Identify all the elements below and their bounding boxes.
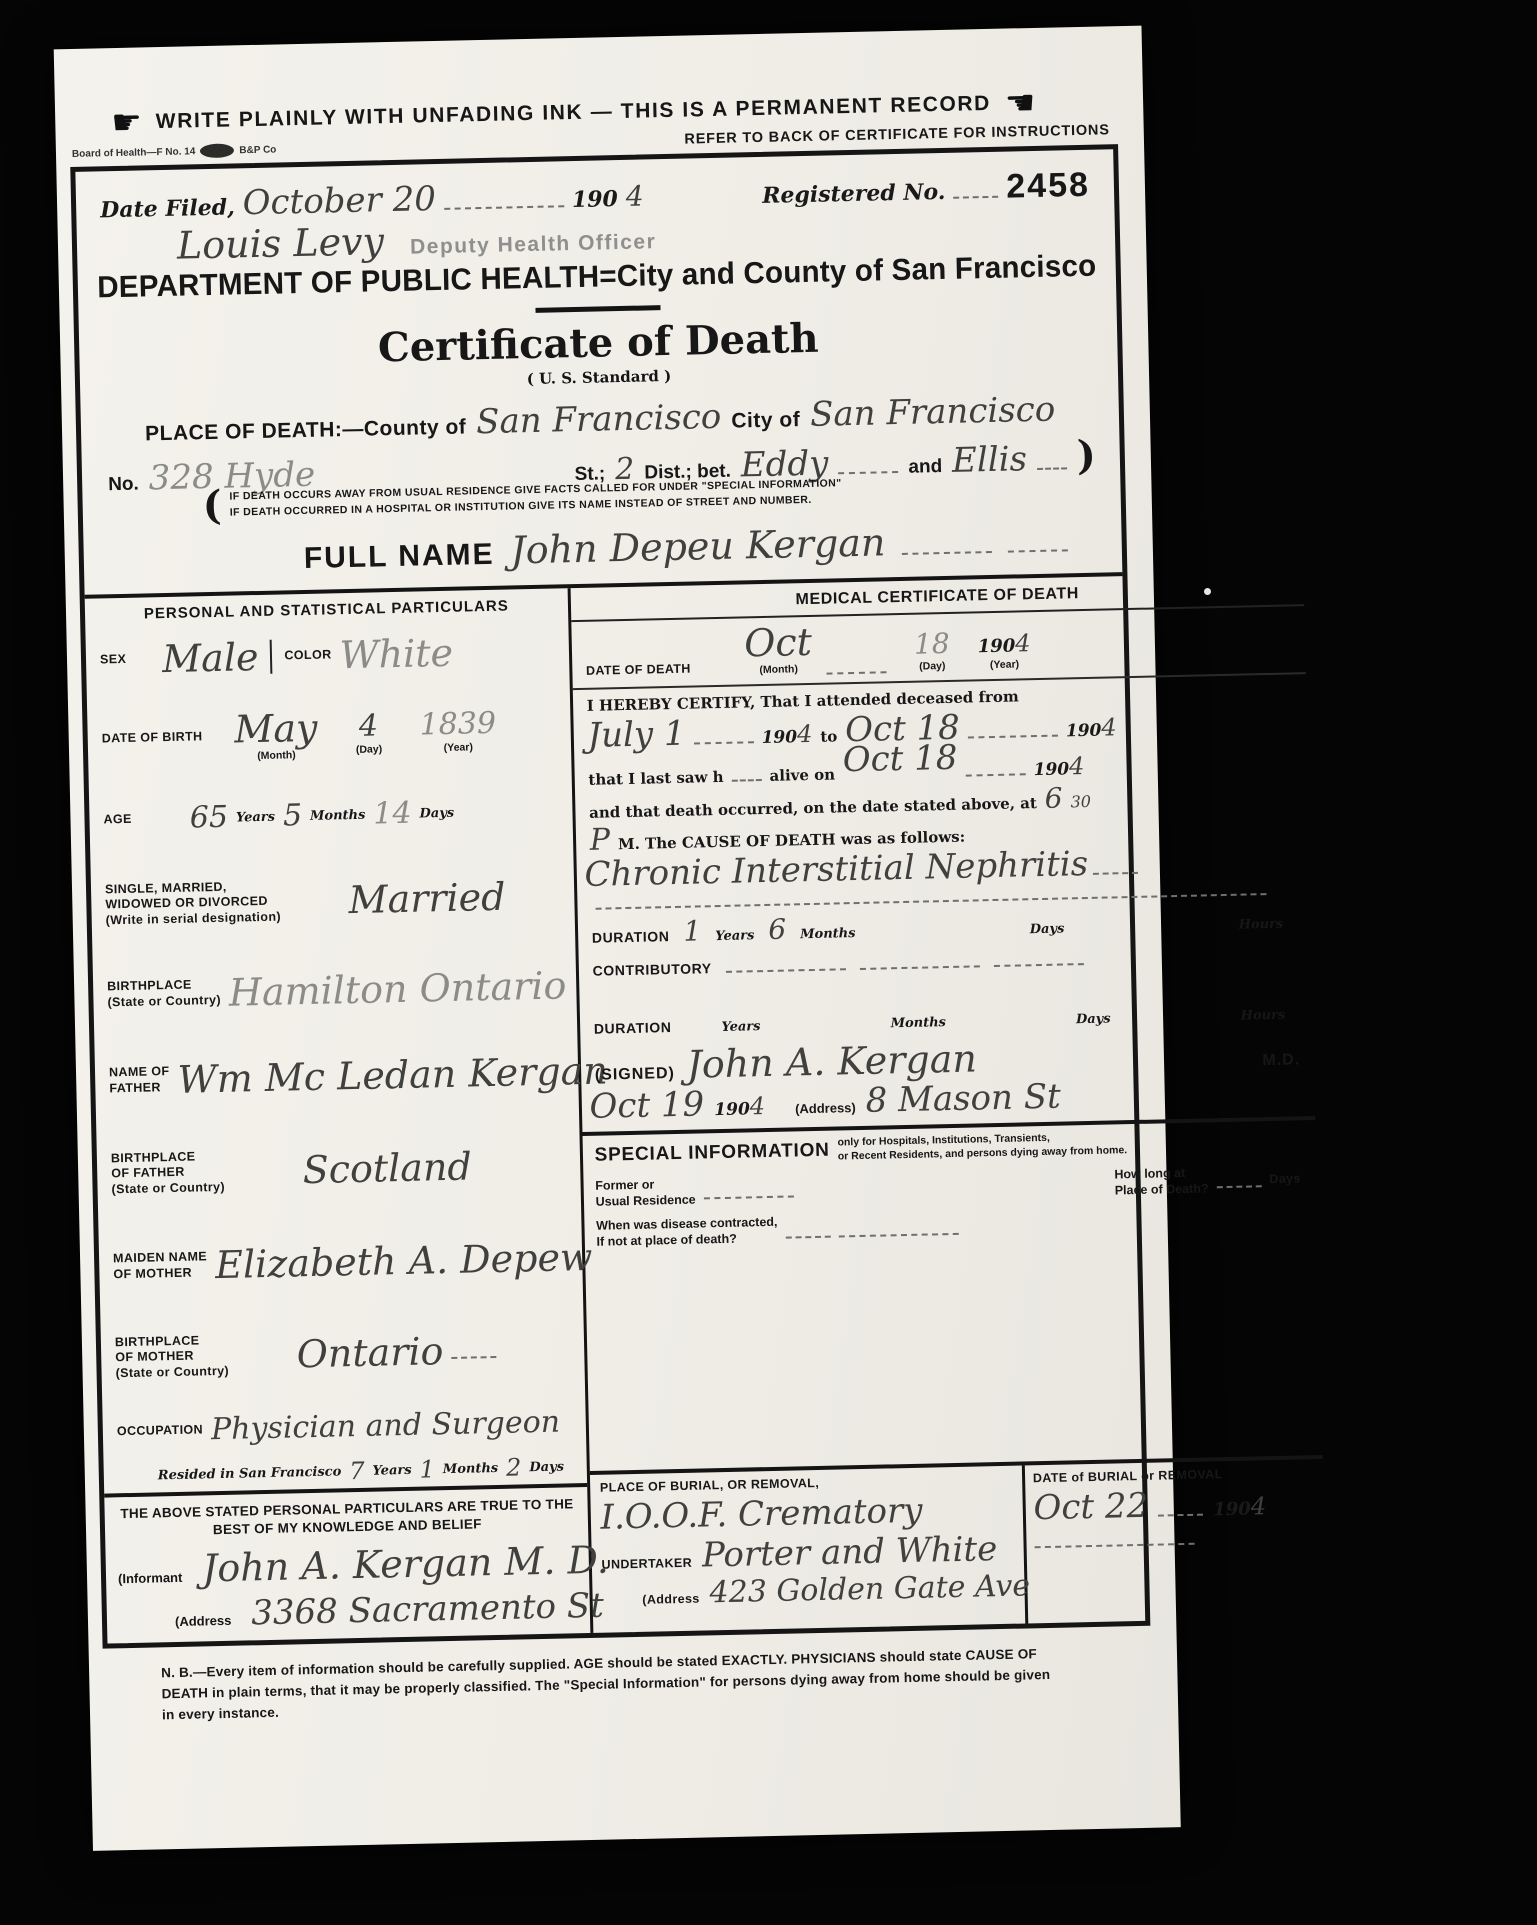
blank-line (838, 457, 898, 475)
occupation-value: Physician and Surgeon (211, 1408, 561, 1446)
duration-years-value: 1 (683, 917, 701, 945)
certificate-page: ☛ WRITE PLAINLY WITH UNFADING INK — THIS… (54, 26, 1181, 1851)
resided-days: 2 (506, 1455, 522, 1479)
days-caption: Days (419, 805, 454, 821)
year-preprint: 190 (1066, 721, 1102, 742)
birthplace-label-2: (State or Country) (107, 993, 221, 1009)
medical-certificate-column: MEDICAL CERTIFICATE OF DEATH DATE OF DEA… (570, 572, 1326, 1633)
last-saw-label-pre: that I last saw h (588, 767, 724, 791)
open-paren: ( (202, 490, 222, 522)
disease-contracted-label-1: When was disease contracted, (596, 1215, 778, 1233)
undertaker-value: Porter and White (702, 1533, 998, 1573)
mother-name-value: Elizabeth A. Depew (215, 1238, 593, 1284)
dod-year-caption: (Year) (990, 658, 1019, 671)
duration-hours-cap: Hours (1239, 917, 1284, 933)
personal-particulars-column: PERSONAL AND STATISTICAL PARTICULARS SEX… (85, 588, 593, 1644)
place-of-burial-label: PLACE OF BURIAL, OR REMOVAL, (600, 1472, 1018, 1495)
date-of-burial-label: DATE of BURIAL or REMOVAL (1033, 1466, 1316, 1486)
signed-address-value: 8 Mason St (865, 1080, 1061, 1118)
blank-line (731, 765, 761, 781)
dob-month: May (234, 709, 318, 749)
full-name-label: FULL NAME (304, 538, 495, 576)
father-bp-label-2: OF FATHER (111, 1165, 185, 1181)
dod-year-preprint: 190 (977, 635, 1015, 657)
blank-line (1216, 1171, 1261, 1188)
resided-years: 7 (349, 1459, 365, 1483)
mother-bp-label-1: BIRTHPLACE (115, 1333, 200, 1349)
former-residence-label-2: Usual Residence (595, 1193, 695, 1209)
blank-line (838, 1218, 958, 1237)
plate-text-right: B&P Co (239, 144, 276, 156)
occupation-label: OCCUPATION (117, 1423, 203, 1441)
informant-value: John A. Kergan M. D. (202, 1541, 609, 1588)
father-birthplace-row: BIRTHPLACE OF FATHER (State or Country) … (96, 1115, 581, 1224)
dob-label: DATE OF BIRTH (102, 729, 203, 747)
blank-line (703, 1181, 793, 1199)
sex-label: SEX (100, 652, 127, 668)
date-of-burial-value: Oct 22 (1033, 1489, 1148, 1525)
day-caption: (Day) (356, 743, 383, 756)
certify-paragraph: I HEREBY CERTIFY, That I attended deceas… (572, 674, 1309, 856)
blank-line (785, 1221, 830, 1238)
attended-from-value: July 1 (587, 717, 686, 753)
resided-months-cap: Months (443, 1460, 499, 1476)
mother-name-row: MAIDEN NAME OF MOTHER Elizabeth A. Depew (98, 1213, 582, 1312)
blank-line (968, 721, 1058, 738)
duration2-hours-cap: Hours (1241, 1008, 1286, 1024)
mother-birthplace-row: BIRTHPLACE OF MOTHER (State or Country) … (100, 1301, 585, 1406)
dod-month-caption: (Month) (759, 663, 798, 676)
resided-months: 1 (419, 1457, 435, 1481)
dod-day: 18 (914, 630, 950, 659)
blank-line (1158, 1500, 1203, 1517)
blank-line (965, 760, 1025, 777)
father-label-1: NAME OF (109, 1064, 170, 1079)
close-paren: ) (1077, 440, 1097, 472)
affirmation-line-1: THE ABOVE STATED PERSONAL PARTICULARS AR… (120, 1496, 573, 1521)
months-caption: Months (310, 807, 366, 823)
year-hw: 4 (1250, 1493, 1266, 1521)
burial-section: PLACE OF BURIAL, OR REMOVAL, I.O.O.F. Cr… (590, 1455, 1327, 1633)
date-filed-value: October 20 (242, 182, 436, 220)
blank-line (993, 949, 1083, 967)
printer-stamp-icon (200, 143, 234, 158)
special-header: SPECIAL INFORMATION (594, 1140, 830, 1167)
date-of-death-label: DATE OF DEATH (586, 662, 691, 680)
blank-line (1037, 453, 1067, 470)
age-months: 5 (283, 801, 303, 831)
father-bp-label-1: BIRTHPLACE (111, 1149, 196, 1165)
signed-address-label: (Address) (795, 1100, 856, 1116)
year-preprint: 190 (1213, 1499, 1251, 1521)
signed-label: (SIGNED) (595, 1065, 675, 1085)
column-divider-tick (270, 640, 273, 674)
how-long-label-1: How long at (1114, 1166, 1185, 1182)
month-caption: (Month) (257, 749, 296, 762)
year-preprint: 190 (1033, 759, 1069, 780)
undertaker-label: UNDERTAKER (601, 1556, 692, 1572)
date-filed-label: Date Filed, (100, 194, 235, 223)
disease-contracted-label-2: If not at place of death? (596, 1232, 737, 1249)
dob-year: 1839 (419, 709, 496, 741)
marital-value: Married (348, 878, 506, 919)
city-label: City of (731, 408, 800, 433)
last-saw-value: Oct 18 (842, 741, 957, 777)
officer-signature: Louis Levy (177, 222, 385, 265)
informant-box: THE ABOVE STATED PERSONAL PARTICULARS AR… (104, 1483, 590, 1644)
death-time-minutes: 30 (1070, 790, 1091, 813)
year-preprint: 190 (714, 1100, 750, 1121)
contributory-label: CONTRIBUTORY (592, 961, 712, 980)
duration2-label: DURATION (594, 1019, 672, 1037)
pointing-hand-icon: ☛ (111, 105, 142, 140)
year-hw: 4 (797, 720, 813, 748)
birthplace-value: Hamilton Ontario (228, 966, 566, 1011)
duration2-years-cap: Years (721, 1020, 760, 1036)
year-caption: (Year) (444, 741, 473, 754)
year-hw: 4 (1101, 713, 1117, 741)
father-birthplace-value: Scotland (302, 1147, 472, 1189)
year-hw: 4 (749, 1092, 765, 1120)
date-of-burial-box: DATE of BURIAL or REMOVAL Oct 22 1904 (1025, 1459, 1327, 1623)
special-information-box: SPECIAL INFORMATION only for Hospitals, … (582, 1116, 1318, 1254)
years-caption: Years (236, 809, 275, 825)
undertaker-address-value: 423 Golden Gate Ave (709, 1572, 1030, 1609)
how-long-days-cap: Days (1269, 1171, 1301, 1186)
mother-birthplace-value: Ontario (296, 1332, 444, 1373)
md-label: M.D. (1262, 1052, 1300, 1071)
blank-line (901, 537, 991, 555)
blank-line (1092, 857, 1137, 874)
duration-months-value: 6 (768, 916, 786, 944)
color-value: White (339, 634, 453, 674)
between-street-2: Ellis (952, 442, 1028, 478)
father-name-value: Wm Mc Ledan Kergan (177, 1051, 608, 1098)
year-handwritten: 4 (625, 182, 643, 210)
marital-label-3: (Write in serial designation) (106, 909, 282, 927)
officer-title-stamp: Deputy Health Officer (410, 230, 657, 259)
meridiem-handwritten: P (589, 825, 610, 855)
informant-label: (Informant (118, 1570, 183, 1586)
former-residence-label-1: Former or (595, 1177, 654, 1192)
age-label: AGE (103, 812, 132, 828)
photo-background: ☛ WRITE PLAINLY WITH UNFADING INK — THIS… (0, 0, 1537, 1925)
sex-color-row: SEX Male COLOR White (85, 615, 569, 696)
dod-month: Oct (744, 623, 813, 662)
birthplace-row: BIRTHPLACE (State or Country) Hamilton O… (92, 943, 576, 1038)
dob-day: 4 (359, 711, 379, 741)
marital-row: SINGLE, MARRIED, WIDOWED OR DIVORCED (Wr… (90, 847, 575, 954)
certificate-border-box: Date Filed, October 20 1904 Registered N… (70, 144, 1150, 1649)
divider-rule (535, 305, 660, 313)
blank-line (451, 1342, 496, 1359)
place-of-burial-box: PLACE OF BURIAL, OR REMOVAL, I.O.O.F. Cr… (590, 1466, 1028, 1633)
father-bp-label-3: (State or Country) (111, 1180, 225, 1196)
marital-label-2: WIDOWED OR DIVORCED (105, 894, 268, 912)
birthplace-label-1: BIRTHPLACE (107, 978, 192, 994)
how-long-label-2: Place of Death? (1115, 1181, 1209, 1197)
registered-no-value: 2458 (1006, 166, 1090, 207)
resided-years-cap: Years (372, 1462, 411, 1478)
blank-line (859, 951, 979, 970)
last-saw-label-post: alive on (769, 764, 835, 786)
dod-year-hw: 4 (1015, 629, 1031, 657)
signed-date-value: Oct 19 (589, 1088, 704, 1124)
mother-label-2: OF MOTHER (113, 1266, 192, 1282)
physician-signature: John A. Kergan (686, 1040, 977, 1084)
age-row: AGE 65 Years 5 Months 14 Days (89, 773, 573, 858)
and-label: and (908, 456, 942, 479)
to-label: to (820, 726, 837, 747)
duration-years-cap: Years (715, 928, 754, 944)
form-plate: Board of Health—F No. 14 B&P Co (72, 142, 277, 160)
plate-text-left: Board of Health—F No. 14 (72, 146, 196, 160)
county-value: San Francisco (476, 400, 722, 439)
registered-no-label: Registered No. (762, 179, 946, 209)
pointing-hand-icon: ☚ (1005, 86, 1036, 121)
footnote: N. B.—Every item of information should b… (161, 1644, 1058, 1726)
blank-line (726, 954, 846, 973)
blank-line (1034, 1528, 1194, 1548)
blank-line (1007, 535, 1067, 553)
dod-day-caption: (Day) (919, 660, 946, 673)
age-days: 14 (373, 799, 412, 830)
blank-line (693, 728, 753, 745)
no-label: No. (108, 474, 139, 497)
blank-line (826, 657, 886, 675)
dob-row: DATE OF BIRTH May (Month) 4 (Day) 1839 (… (87, 685, 571, 784)
marital-label-1: SINGLE, MARRIED, (105, 879, 227, 896)
duration2-days-cap: Days (1076, 1012, 1111, 1028)
duration-days-cap: Days (1030, 921, 1065, 937)
blank-line (953, 181, 998, 198)
mother-bp-label-2: OF MOTHER (115, 1349, 194, 1365)
year-preprint: 190 (572, 186, 618, 213)
duration-label: DURATION (592, 928, 670, 946)
year-hw: 4 (1069, 752, 1085, 780)
death-time-hour: 6 (1044, 784, 1062, 812)
resided-label: Resided in San Francisco (158, 1464, 342, 1483)
full-name-value: John Depeu Kergan (510, 523, 886, 569)
duration-months-cap: Months (800, 926, 856, 942)
age-years: 65 (189, 803, 228, 834)
undertaker-address-label: (Address (642, 1592, 700, 1607)
city-value: San Francisco (810, 393, 1056, 432)
sex-value: Male (162, 638, 259, 678)
blank-line (444, 191, 564, 210)
father-label-2: FATHER (109, 1080, 161, 1095)
affirmation-line-2: BEST OF MY KNOWLEDGE AND BELIEF (213, 1517, 482, 1538)
duration2-months-cap: Months (890, 1015, 946, 1031)
color-label: COLOR (284, 648, 331, 665)
resided-days-cap: Days (529, 1459, 564, 1475)
place-of-burial-value: I.O.O.F. Crematory (600, 1494, 923, 1535)
mother-bp-label-3: (State or Country) (115, 1364, 229, 1380)
father-name-row: NAME OF FATHER Wm Mc Ledan Kergan (94, 1027, 578, 1126)
year-preprint: 190 (761, 727, 797, 748)
informant-address-value: 3368 Sacramento St (251, 1589, 604, 1631)
particulars-columns: PERSONAL AND STATISTICAL PARTICULARS SEX… (85, 572, 1146, 1644)
mother-label-1: MAIDEN NAME (113, 1250, 207, 1266)
informant-address-label: (Address (175, 1613, 232, 1629)
